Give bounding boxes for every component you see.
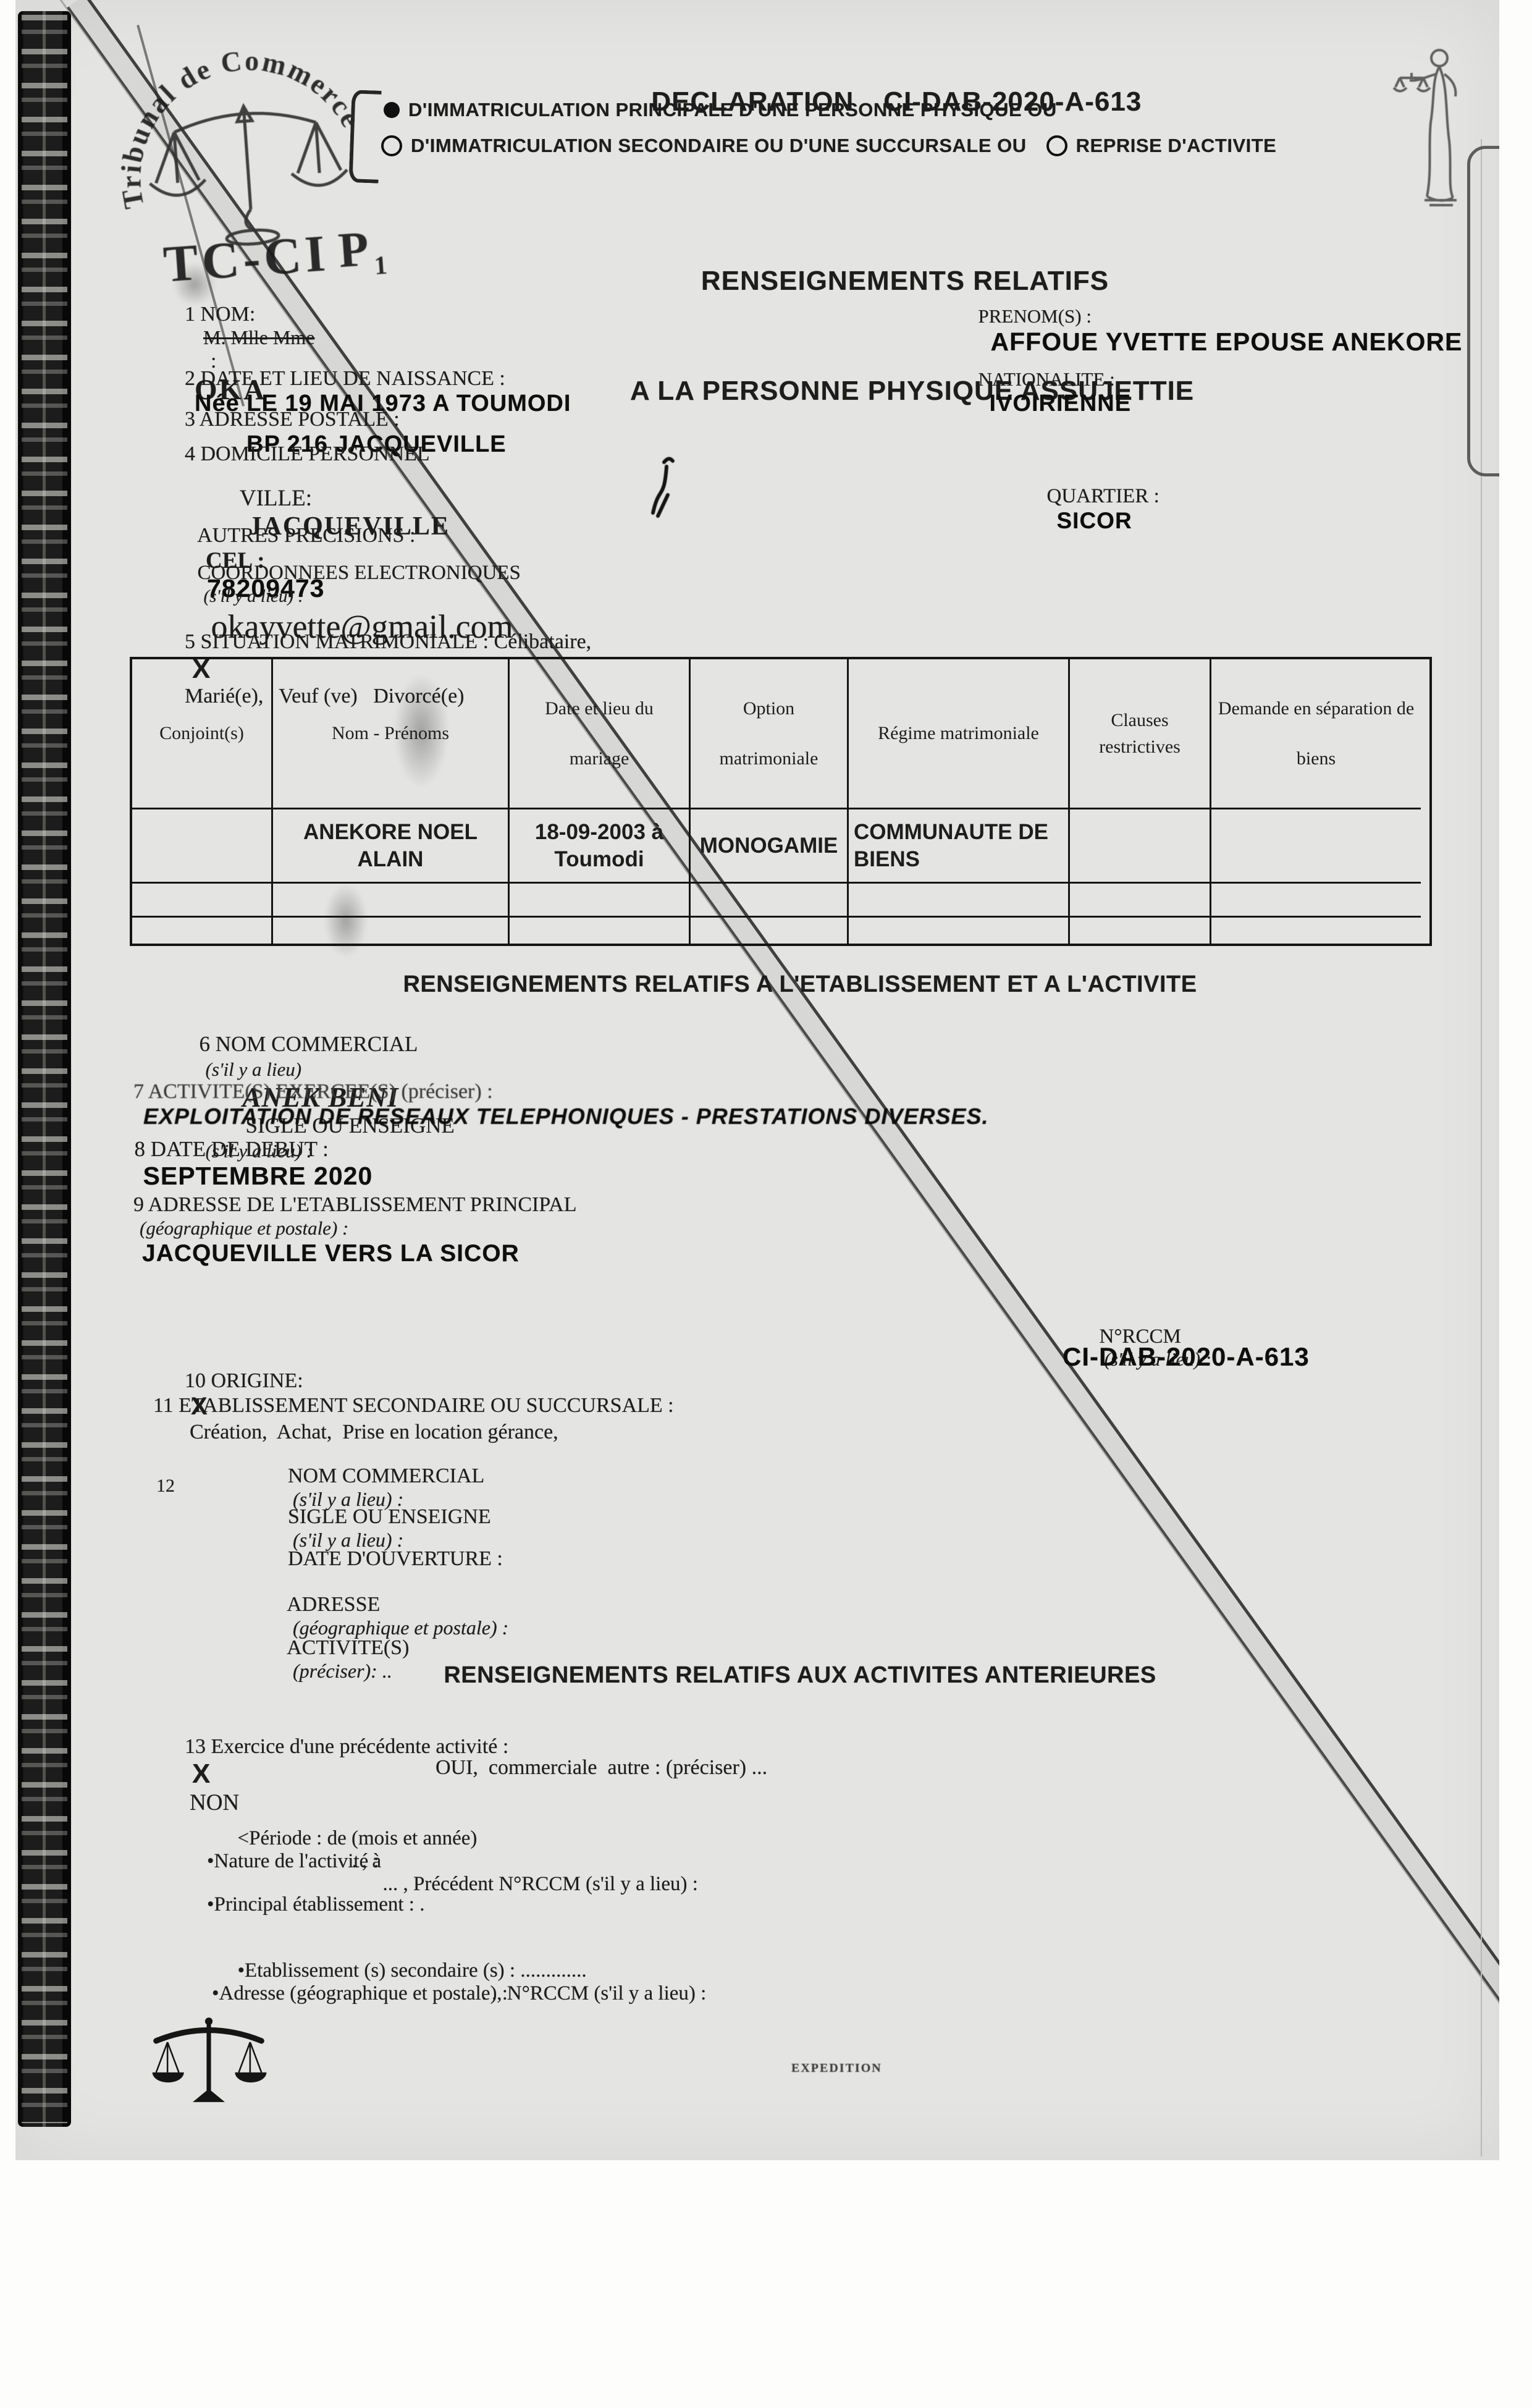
table-cell	[849, 918, 1070, 944]
field-oui-autre: OUI, commerciale autre : (préciser) ...	[436, 1756, 767, 1780]
section-title-anterieures: RENSEIGNEMENTS RELATIFS AUX ACTIVITES AN…	[170, 1662, 1430, 1689]
table-header-cell: Conjoint(s)	[132, 659, 273, 809]
header-clauses: Clauses restrictives	[1075, 707, 1205, 761]
table-cell	[691, 884, 849, 918]
rccm-value: CI-DAB-2020-A-613	[1063, 1342, 1310, 1372]
table-cell	[510, 918, 691, 944]
quartier-label: QUARTIER :	[1047, 485, 1160, 507]
situation-label: 5 SITUATION MATRIMONIALE : Célibataire,	[185, 630, 591, 653]
options-bracket	[348, 90, 381, 184]
table-header-cell: Régime matrimoniale	[849, 659, 1070, 809]
precedente-x-mark: X	[192, 1759, 210, 1789]
table-cell	[132, 884, 273, 918]
secondaire-rccm-label: . ., N°RCCM (s'il y a lieu) :	[482, 1982, 707, 2005]
field-adresse-anterieure: •Adresse (géographique et postale) :	[212, 1982, 508, 2005]
option-1-label: D'IMMATRICULATION PRINCIPALE D'UNE PERSO…	[408, 99, 1057, 121]
table-empty-row	[132, 884, 1429, 918]
nom-commercial-label: 6 NOM COMMERCIAL	[200, 1032, 418, 1056]
table-header-cell: Date et lieu du mariage	[510, 659, 691, 809]
header-regime: Régime matrimoniale	[878, 723, 1039, 744]
table-cell	[1070, 884, 1211, 918]
header-date-mariage: Date et lieu du mariage	[515, 683, 684, 784]
stamp-code-sub: 1	[373, 251, 388, 281]
cell-nom-prenoms: ANEKORE NOEL ALAIN	[278, 819, 503, 873]
marriage-table: Conjoint(s) Nom - Prénoms Date et lieu d…	[130, 657, 1432, 946]
scales-of-justice-icon	[148, 2014, 269, 2106]
stamp-code-p: P	[337, 222, 371, 278]
table-header-cell: Option matrimoniale	[691, 659, 849, 809]
table-cell	[510, 884, 691, 918]
table-cell	[273, 918, 510, 944]
header-conjoint: Conjoint(s)	[159, 723, 244, 744]
activites-label: 7 ACTIVITE(S) EXERCEE(S) (préciser) :	[133, 1080, 493, 1103]
table-header-cell: Demande en séparation de biens	[1211, 659, 1421, 809]
field-12-activites: ACTIVITE(S) (préciser): ..	[256, 1613, 409, 1707]
radio-empty-icon	[1046, 135, 1067, 156]
lady-justice-icon	[1390, 42, 1479, 215]
option-3-label: REPRISE D'ACTIVITE	[1076, 135, 1277, 157]
table-header-cell: Nom - Prénoms	[273, 659, 510, 809]
adresse-etab-hint: (géographique et postale) :	[140, 1217, 348, 1239]
table-cell: COMMUNAUTE DE BIENS	[849, 809, 1070, 884]
adresse-etab-label: 9 ADRESSE DE L'ETABLISSEMENT PRINCIPAL	[133, 1193, 577, 1216]
field-nationalite: NATIONALITE : IVOIRIENNE	[949, 346, 1131, 439]
table-cell	[132, 918, 273, 944]
f12-label: ACTIVITE(S)	[287, 1636, 409, 1659]
f12-label: DATE D'OUVERTURE :	[288, 1547, 503, 1570]
origine-label: 10 ORIGINE:	[185, 1369, 303, 1392]
field-quartier: QUARTIER : SICOR	[1016, 462, 1160, 557]
expedition-label: EXPEDITION	[791, 2061, 882, 2076]
coordonnees-hint: (s'il y a lieu) :	[204, 586, 304, 606]
origine-options: Création, Achat, Prise en location géran…	[190, 1421, 558, 1443]
table-cell: MONOGAMIE	[691, 809, 849, 884]
table-cell	[691, 918, 849, 944]
header-option: Option matrimoniale	[696, 683, 842, 784]
nationalite-value: IVOIRIENNE	[990, 391, 1132, 416]
table-data-row: ANEKORE NOEL ALAIN 18-09-2003 à Toumodi …	[132, 809, 1429, 884]
radio-empty-icon	[381, 135, 402, 156]
table-cell	[273, 884, 510, 918]
field-etab-secondaire: 11 ETABLISSEMENT SECONDAIRE OU SUCCURSAL…	[153, 1394, 674, 1417]
left-ornament-strip	[18, 11, 71, 2127]
cell-date-mariage: 18-09-2003 à Toumodi	[515, 819, 684, 873]
header-nom-prenoms: Nom - Prénoms	[332, 723, 449, 744]
secondaire-label: •Etablissement (s) secondaire (s) : ....…	[238, 1959, 587, 1982]
quartier-value: SICOR	[1057, 508, 1132, 533]
periode-label: <Période : de (mois et année)	[238, 1827, 478, 1849]
table-header-row: Conjoint(s) Nom - Prénoms Date et lieu d…	[132, 659, 1429, 809]
scanned-declaration-page: Tribunal de Commerce TC-CI P 1	[0, 0, 1532, 2408]
field-adresse-etablissement: 9 ADRESSE DE L'ETABLISSEMENT PRINCIPAL (…	[102, 1170, 577, 1291]
cell-option: MONOGAMIE	[700, 832, 838, 860]
option-line-2: D'IMMATRICULATION SECONDAIRE OU D'UNE SU…	[381, 135, 1276, 157]
field-principal-etablissement: •Principal établissement : .	[207, 1893, 424, 1916]
table-cell	[849, 884, 1070, 918]
stamp-arc-text: Tribunal de Commerce	[106, 36, 372, 211]
header-separation: Demande en séparation de biens	[1216, 683, 1416, 784]
option-line-1: D'IMMATRICULATION PRINCIPALE D'UNE PERSO…	[384, 99, 1057, 121]
table-cell: 18-09-2003 à Toumodi	[510, 809, 691, 884]
table-empty-row	[132, 918, 1429, 944]
option-2-label: D'IMMATRICULATION SECONDAIRE OU D'UNE SU…	[411, 135, 1027, 157]
periode-rccm-label: ... , Précédent N°RCCM (s'il y a lieu) :	[383, 1873, 698, 1895]
nationalite-label: NATIONALITE :	[979, 368, 1115, 390]
nom-label: 1 NOM:	[185, 303, 255, 326]
coordonnees-label: COORDONNEES ELECTRONIQUES	[198, 562, 521, 584]
prenoms-label: PRENOM(S) :	[979, 305, 1092, 327]
table-cell	[1211, 884, 1421, 918]
adresse-etab-value: JACQUEVILLE VERS LA SICOR	[142, 1240, 520, 1267]
radio-filled-icon	[384, 102, 400, 118]
date-debut-label: 8 DATE DE DEBUT :	[135, 1137, 329, 1161]
table-cell	[132, 809, 273, 884]
section-title-etablissement: RENSEIGNEMENTS RELATIFS A L'ETABLISSEMEN…	[170, 971, 1430, 998]
table-cell	[1070, 809, 1211, 884]
table-cell	[1211, 809, 1421, 884]
cell-regime: COMMUNAUTE DE BIENS	[854, 819, 1063, 873]
scan-paper: Tribunal de Commerce TC-CI P 1	[15, 0, 1499, 2160]
precedente-label: 13 Exercice d'une précédente activité :	[185, 1735, 508, 1758]
svg-text:Tribunal de Commerce: Tribunal de Commerce	[106, 36, 372, 211]
table-header-cell: Clauses restrictives	[1070, 659, 1211, 809]
field-nature-activite: •Nature de l'activité :	[207, 1850, 379, 1873]
table-cell	[1070, 918, 1211, 944]
field-12-number: 12	[156, 1476, 175, 1497]
table-cell: ANEKORE NOEL ALAIN	[273, 809, 510, 884]
table-cell	[1211, 918, 1421, 944]
